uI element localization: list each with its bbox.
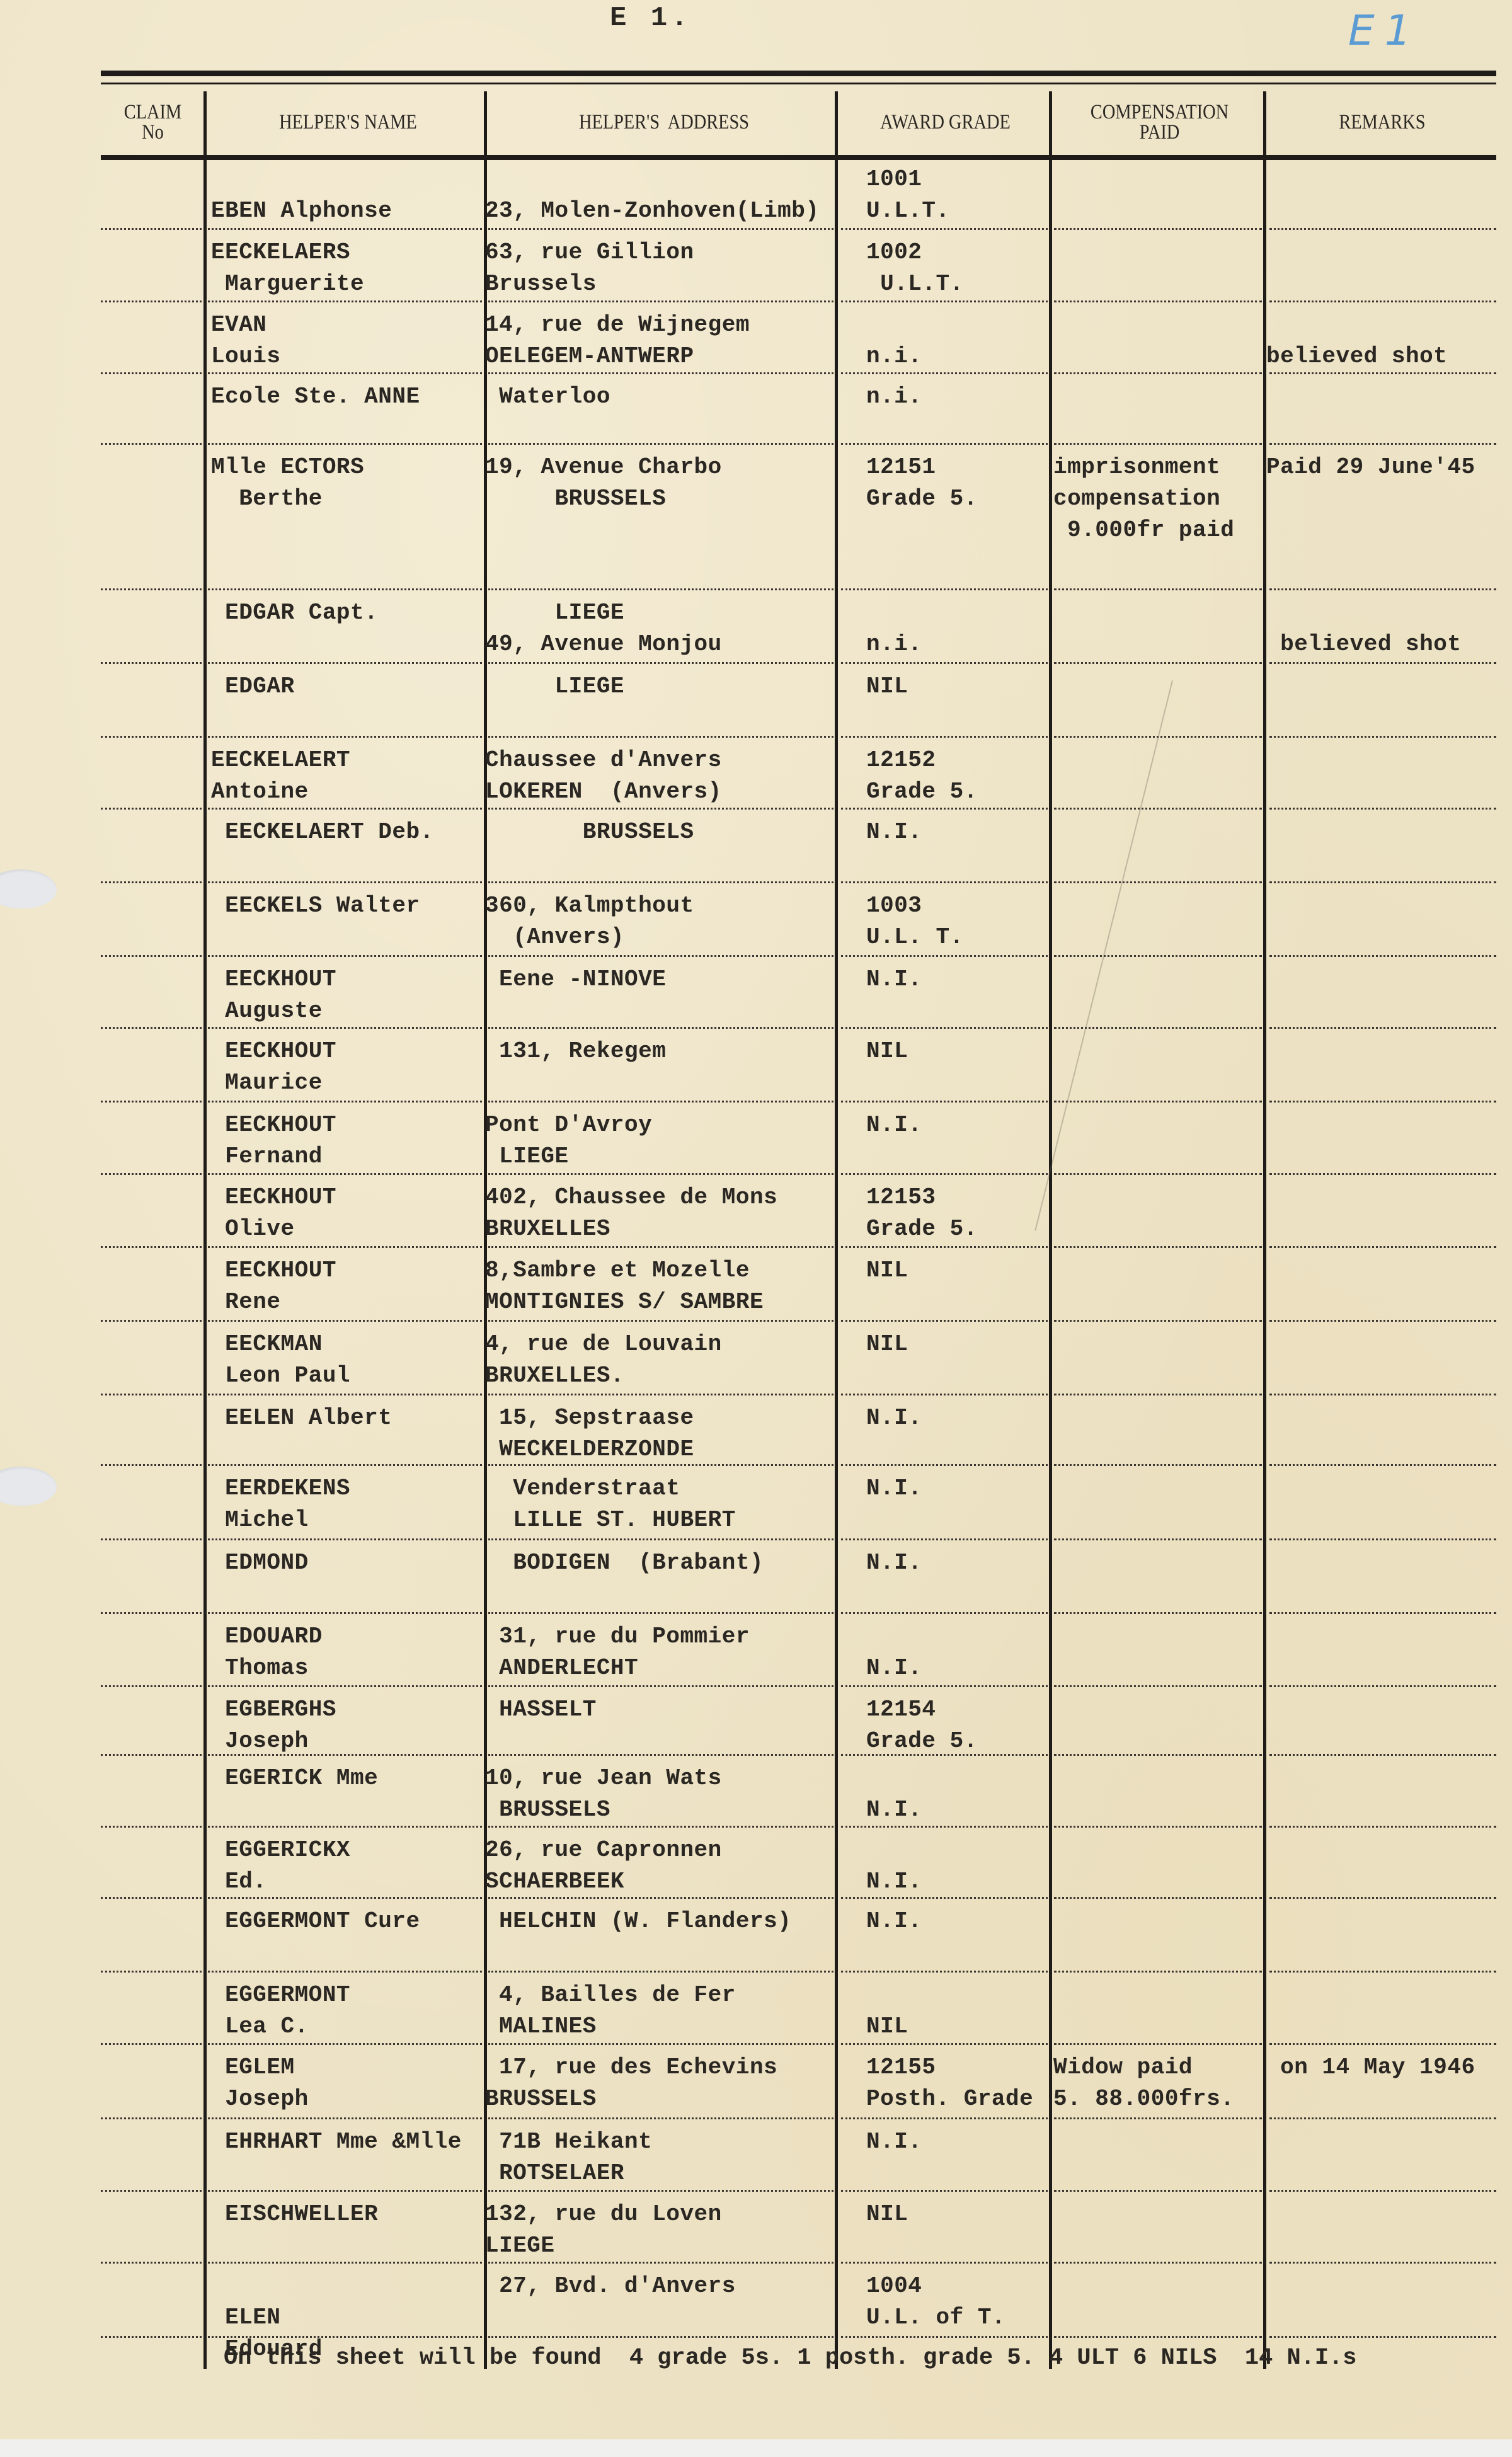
- row-divider: [488, 1685, 833, 1687]
- cell-name: EDMOND: [211, 1547, 482, 1579]
- column-rule: [1049, 91, 1052, 2369]
- row-divider: [101, 1754, 202, 1756]
- row-divider: [488, 1538, 833, 1540]
- row-divider: [841, 2190, 1048, 2192]
- cell-award: NIL: [866, 1036, 1049, 1067]
- row-divider: [841, 372, 1048, 374]
- row-divider: [1054, 955, 1262, 957]
- row-divider: [101, 372, 202, 374]
- cell-address: HELCHIN (W. Flanders): [485, 1906, 835, 1937]
- cell-name: EECKHOUT Maurice: [211, 1036, 482, 1099]
- column-header-compensation: COMPENSATION PAID: [1068, 87, 1250, 157]
- row-divider: [488, 2190, 833, 2192]
- cell-award: 12152 Grade 5.: [866, 745, 1049, 808]
- row-divider: [1269, 1826, 1496, 1828]
- cell-address: 14, rue de Wijnegem OELEGEM-ANTWERP: [485, 309, 835, 372]
- cell-address: HASSELT: [485, 1694, 835, 1726]
- row-divider: [1054, 1971, 1262, 1973]
- row-divider: [208, 2190, 482, 2192]
- cell-award: N.I.: [866, 964, 1049, 995]
- cell-address: 360, Kalmpthout (Anvers): [485, 890, 835, 953]
- row-divider: [101, 2262, 202, 2264]
- cell-award: 12154 Grade 5.: [866, 1694, 1049, 1757]
- row-divider: [1269, 1685, 1496, 1687]
- cell-name: EECKELAERS Marguerite: [211, 237, 482, 300]
- row-divider: [488, 2043, 833, 2045]
- cell-address: Venderstraat LILLE ST. HUBERT: [485, 1473, 835, 1536]
- row-divider: [488, 2336, 833, 2338]
- row-divider: [488, 1971, 833, 1973]
- column-rule: [835, 91, 838, 2369]
- row-divider: [841, 443, 1048, 445]
- cell-award: NIL: [866, 671, 1049, 702]
- row-divider: [488, 736, 833, 738]
- row-divider: [1054, 2262, 1262, 2264]
- row-divider: [101, 443, 202, 445]
- row-divider: [488, 372, 833, 374]
- column-rule: [203, 91, 207, 2369]
- row-divider: [1269, 1246, 1496, 1248]
- row-divider: [101, 881, 202, 883]
- row-divider: [488, 955, 833, 957]
- row-divider: [841, 1685, 1048, 1687]
- cell-award: N.I.: [866, 1763, 1049, 1826]
- cell-address: 63, rue Gillion Brussels: [485, 237, 835, 300]
- cell-name: EDGAR: [211, 671, 482, 702]
- row-divider: [488, 1394, 833, 1395]
- row-divider: [1054, 301, 1262, 302]
- cell-award: NIL: [866, 1979, 1049, 2042]
- cell-award: N.I.: [866, 1109, 1049, 1141]
- cell-name: EECKELS Walter: [211, 890, 482, 922]
- cell-award: n.i.: [866, 309, 1049, 372]
- cell-remarks: believed shot: [1266, 309, 1512, 372]
- cell-award: NIL: [866, 2199, 1049, 2230]
- cell-award: N.I.: [866, 1402, 1049, 1434]
- cell-name: EELEN Albert: [211, 1402, 482, 1434]
- cell-name: EECKMAN Leon Paul: [211, 1329, 482, 1392]
- cell-name: EGGERMONT Lea C.: [211, 1979, 482, 2042]
- row-divider: [1054, 1897, 1262, 1899]
- row-divider: [841, 1246, 1048, 1248]
- row-divider: [208, 1685, 482, 1687]
- row-divider: [208, 1246, 482, 1248]
- row-divider: [841, 1464, 1048, 1466]
- cell-award: NIL: [866, 1255, 1049, 1286]
- row-divider: [101, 1612, 202, 1614]
- row-divider: [101, 2336, 202, 2338]
- cell-award: NIL: [866, 1329, 1049, 1360]
- row-divider: [488, 1173, 833, 1175]
- cell-address: 19, Avenue Charbo BRUSSELS: [485, 452, 835, 515]
- row-divider: [1269, 2336, 1496, 2338]
- cell-address: 132, rue du Loven LIEGE: [485, 2199, 835, 2262]
- cell-award: N.I.: [866, 1473, 1049, 1504]
- cell-name: EERDEKENS Michel: [211, 1473, 482, 1536]
- row-divider: [101, 1101, 202, 1102]
- row-divider: [1054, 1754, 1262, 1756]
- row-divider: [1269, 1897, 1496, 1899]
- cell-remarks: believed shot: [1266, 597, 1512, 660]
- cell-name: EHRHART Mme &Mlle: [211, 2126, 482, 2158]
- row-divider: [101, 2117, 202, 2119]
- handwritten-sheet-label: E1: [1348, 6, 1421, 55]
- row-divider: [1269, 736, 1496, 738]
- row-divider: [1054, 662, 1262, 664]
- row-divider: [1269, 2190, 1496, 2192]
- cell-award: N.I.: [866, 1906, 1049, 1937]
- row-divider: [1269, 1612, 1496, 1614]
- cell-address: 23, Molen-Zonhoven(Limb): [485, 164, 835, 227]
- row-divider: [101, 301, 202, 302]
- row-divider: [841, 1612, 1048, 1614]
- row-divider: [208, 881, 482, 883]
- cell-award: 12151 Grade 5.: [866, 452, 1049, 515]
- cell-award: 1004 U.L. of T.: [866, 2271, 1049, 2334]
- row-divider: [488, 1754, 833, 1756]
- row-divider: [488, 2117, 833, 2119]
- cell-remarks: on 14 May 1946: [1266, 2052, 1512, 2083]
- cell-address: Eene -NINOVE: [485, 964, 835, 995]
- row-divider: [208, 2262, 482, 2264]
- row-divider: [208, 1538, 482, 1540]
- row-divider: [208, 1826, 482, 1828]
- row-divider: [101, 1971, 202, 1973]
- row-divider: [1054, 372, 1262, 374]
- row-divider: [1269, 662, 1496, 664]
- row-divider: [1054, 1538, 1262, 1540]
- document-page: E 1. E1 CLAIM No HELPER'S NAME HELPER'S …: [0, 0, 1512, 2439]
- row-divider: [841, 808, 1048, 810]
- row-divider: [488, 881, 833, 883]
- cell-name: EECKHOUT Auguste: [211, 964, 482, 1027]
- cell-award: 12155 Posth. Grade: [866, 2052, 1049, 2115]
- cell-name: Mlle ECTORS Berthe: [211, 452, 482, 515]
- cell-compensation: Widow paid 5. 88.000frs.: [1053, 2052, 1261, 2115]
- row-divider: [488, 228, 833, 230]
- row-divider: [1054, 881, 1262, 883]
- cell-address: 402, Chaussee de Mons BRUXELLES: [485, 1182, 835, 1245]
- row-divider: [1269, 1320, 1496, 1322]
- row-divider: [1054, 1685, 1262, 1687]
- row-divider: [101, 588, 202, 590]
- row-divider: [488, 443, 833, 445]
- cell-address: Pont D'Avroy LIEGE: [485, 1109, 835, 1172]
- row-divider: [1269, 808, 1496, 810]
- row-divider: [488, 1826, 833, 1828]
- cell-address: BRUSSELS: [485, 816, 835, 848]
- row-divider: [841, 1538, 1048, 1540]
- row-divider: [208, 1027, 482, 1029]
- cell-name: EECKELAERT Deb.: [211, 816, 482, 848]
- row-divider: [488, 588, 833, 590]
- row-divider: [208, 1101, 482, 1102]
- row-divider: [101, 1826, 202, 1828]
- cell-name: EECKELAERT Antoine: [211, 745, 482, 808]
- row-divider: [1269, 1027, 1496, 1029]
- cell-address: 4, Bailles de Fer MALINES: [485, 1979, 835, 2042]
- row-divider: [841, 1394, 1048, 1395]
- row-divider: [1054, 2117, 1262, 2119]
- cell-address: 31, rue du Pommier ANDERLECHT: [485, 1621, 835, 1684]
- cell-award: 1003 U.L. T.: [866, 890, 1049, 953]
- row-divider: [841, 955, 1048, 957]
- row-divider: [488, 1027, 833, 1029]
- row-divider: [1054, 1826, 1262, 1828]
- row-divider: [1054, 1173, 1262, 1175]
- column-header-award: AWARD GRADE: [854, 87, 1036, 157]
- row-divider: [101, 1538, 202, 1540]
- row-divider: [101, 1685, 202, 1687]
- cell-address: LIEGE 49, Avenue Monjou: [485, 597, 835, 660]
- cell-award: n.i.: [866, 381, 1049, 413]
- row-divider: [1269, 1464, 1496, 1466]
- row-divider: [1054, 808, 1262, 810]
- row-divider: [101, 1320, 202, 1322]
- cell-address: 131, Rekegem: [485, 1036, 835, 1067]
- row-divider: [101, 228, 202, 230]
- row-divider: [488, 1246, 833, 1248]
- cell-compensation: imprisonment compensation 9.000fr paid: [1053, 452, 1261, 546]
- row-divider: [208, 1612, 482, 1614]
- row-divider: [101, 1246, 202, 1248]
- row-divider: [841, 1971, 1048, 1973]
- cell-name: EECKHOUT Rene: [211, 1255, 482, 1318]
- cell-award: N.I.: [866, 816, 1049, 848]
- cell-address: Chaussee d'Anvers LOKEREN (Anvers): [485, 745, 835, 808]
- row-divider: [101, 955, 202, 957]
- cell-name: EISCHWELLER: [211, 2199, 482, 2230]
- row-divider: [488, 1612, 833, 1614]
- row-divider: [1054, 1612, 1262, 1614]
- row-divider: [841, 2336, 1048, 2338]
- cell-name: EGLEM Joseph: [211, 2052, 482, 2115]
- row-divider: [208, 2117, 482, 2119]
- row-divider: [208, 588, 482, 590]
- row-divider: [1054, 1246, 1262, 1248]
- column-header-name: HELPER'S NAME: [227, 87, 469, 157]
- row-divider: [841, 736, 1048, 738]
- cell-address: LIEGE: [485, 671, 835, 702]
- row-divider: [841, 301, 1048, 302]
- row-divider: [208, 372, 482, 374]
- row-divider: [841, 2262, 1048, 2264]
- row-divider: [1269, 955, 1496, 957]
- cell-award: N.I.: [866, 1621, 1049, 1684]
- row-divider: [488, 662, 833, 664]
- row-divider: [101, 736, 202, 738]
- row-divider: [841, 881, 1048, 883]
- cell-address: 4, rue de Louvain BRUXELLES.: [485, 1329, 835, 1392]
- cell-award: n.i.: [866, 597, 1049, 660]
- cell-address: Waterloo: [485, 381, 835, 413]
- cell-award: N.I.: [866, 2126, 1049, 2158]
- row-divider: [1054, 1320, 1262, 1322]
- row-divider: [208, 1971, 482, 1973]
- row-divider: [101, 808, 202, 810]
- cell-name: EECKHOUT Fernand: [211, 1109, 482, 1172]
- row-divider: [1269, 1754, 1496, 1756]
- cell-address: 27, Bvd. d'Anvers: [485, 2271, 835, 2302]
- cell-award: 12153 Grade 5.: [866, 1182, 1049, 1245]
- row-divider: [1269, 588, 1496, 590]
- row-divider: [1054, 443, 1262, 445]
- cell-award: 1001 U.L.T.: [866, 164, 1049, 227]
- row-divider: [101, 1464, 202, 1466]
- row-divider: [208, 1394, 482, 1395]
- row-divider: [1054, 1394, 1262, 1395]
- row-divider: [488, 301, 833, 302]
- row-divider: [1054, 2190, 1262, 2192]
- cell-address: BODIGEN (Brabant): [485, 1547, 835, 1579]
- row-divider: [101, 662, 202, 664]
- row-divider: [1269, 1173, 1496, 1175]
- cell-address: 8,Sambre et Mozelle MONTIGNIES S/ SAMBRE: [485, 1255, 835, 1318]
- cell-address: 71B Heikant ROTSELAER: [485, 2126, 835, 2189]
- row-divider: [1269, 2043, 1496, 2045]
- row-divider: [1269, 1101, 1496, 1102]
- punch-hole: [0, 1467, 57, 1506]
- row-divider: [208, 1173, 482, 1175]
- row-divider: [101, 1173, 202, 1175]
- cell-award: N.I.: [866, 1547, 1049, 1579]
- row-divider: [208, 662, 482, 664]
- cell-name: EECKHOUT Olive: [211, 1182, 482, 1245]
- row-divider: [208, 2043, 482, 2045]
- cell-address: 17, rue des Echevins BRUSSELS: [485, 2052, 835, 2115]
- column-header-address: HELPER'S ADDRESS: [515, 87, 812, 157]
- row-divider: [1269, 1538, 1496, 1540]
- row-divider: [1269, 881, 1496, 883]
- cell-name: EBEN Alphonse: [211, 164, 482, 227]
- row-divider: [208, 443, 482, 445]
- cell-address: 15, Sepstraase WECKELDERZONDE: [485, 1402, 835, 1465]
- row-divider: [101, 2043, 202, 2045]
- row-divider: [1054, 1101, 1262, 1102]
- row-divider: [841, 1320, 1048, 1322]
- row-divider: [101, 1897, 202, 1899]
- row-divider: [1054, 228, 1262, 230]
- cell-name: EVAN Louis: [211, 309, 482, 372]
- row-divider: [841, 662, 1048, 664]
- row-divider: [208, 1320, 482, 1322]
- row-divider: [208, 301, 482, 302]
- row-divider: [841, 1173, 1048, 1175]
- cell-name: EGBERGHS Joseph: [211, 1694, 482, 1757]
- row-divider: [841, 2043, 1048, 2045]
- row-divider: [1054, 2043, 1262, 2045]
- row-divider: [1269, 301, 1496, 302]
- cell-remarks: Paid 29 June'45: [1266, 452, 1512, 483]
- row-divider: [101, 1394, 202, 1395]
- punch-hole: [0, 869, 57, 908]
- row-divider: [208, 228, 482, 230]
- cell-award: N.I.: [866, 1835, 1049, 1898]
- row-divider: [488, 1101, 833, 1102]
- header-thin-rule: [101, 83, 1496, 84]
- row-divider: [488, 2262, 833, 2264]
- row-divider: [841, 1101, 1048, 1102]
- cell-name: Ecole Ste. ANNE: [211, 381, 482, 413]
- cell-name: EGGERMONT Cure: [211, 1906, 482, 1937]
- cell-address: 10, rue Jean Wats BRUSSELS: [485, 1763, 835, 1826]
- sheet-summary: On this sheet will be found 4 grade 5s. …: [224, 2345, 1357, 2371]
- row-divider: [208, 736, 482, 738]
- cell-name: EGERICK Mme: [211, 1763, 482, 1794]
- row-divider: [841, 588, 1048, 590]
- cell-award: 1002 U.L.T.: [866, 237, 1049, 300]
- row-divider: [488, 1320, 833, 1322]
- row-divider: [101, 2190, 202, 2192]
- row-divider: [208, 1464, 482, 1466]
- row-divider: [101, 1027, 202, 1029]
- row-divider: [841, 228, 1048, 230]
- row-divider: [1269, 1971, 1496, 1973]
- row-divider: [841, 1027, 1048, 1029]
- cell-address: 26, rue Capronnen SCHAERBEEK: [485, 1835, 835, 1898]
- sheet-title: E 1.: [610, 3, 692, 34]
- column-header-claim: CLAIM No: [108, 87, 198, 157]
- row-divider: [1269, 372, 1496, 374]
- column-rule: [1263, 91, 1266, 2369]
- row-divider: [1269, 228, 1496, 230]
- row-divider: [1054, 2336, 1262, 2338]
- row-divider: [488, 808, 833, 810]
- row-divider: [1054, 588, 1262, 590]
- row-divider: [1054, 1464, 1262, 1466]
- row-divider: [1269, 2117, 1496, 2119]
- cell-name: EDGAR Capt.: [211, 597, 482, 629]
- row-divider: [1269, 2262, 1496, 2264]
- row-divider: [208, 808, 482, 810]
- cell-name: EDOUARD Thomas: [211, 1621, 482, 1684]
- row-divider: [1269, 443, 1496, 445]
- row-divider: [841, 2117, 1048, 2119]
- cell-name: EGGERICKX Ed.: [211, 1835, 482, 1898]
- header-top-rule: [101, 71, 1496, 76]
- row-divider: [208, 955, 482, 957]
- row-divider: [841, 1826, 1048, 1828]
- row-divider: [1269, 1394, 1496, 1395]
- column-header-remarks: REMARKS: [1284, 87, 1480, 157]
